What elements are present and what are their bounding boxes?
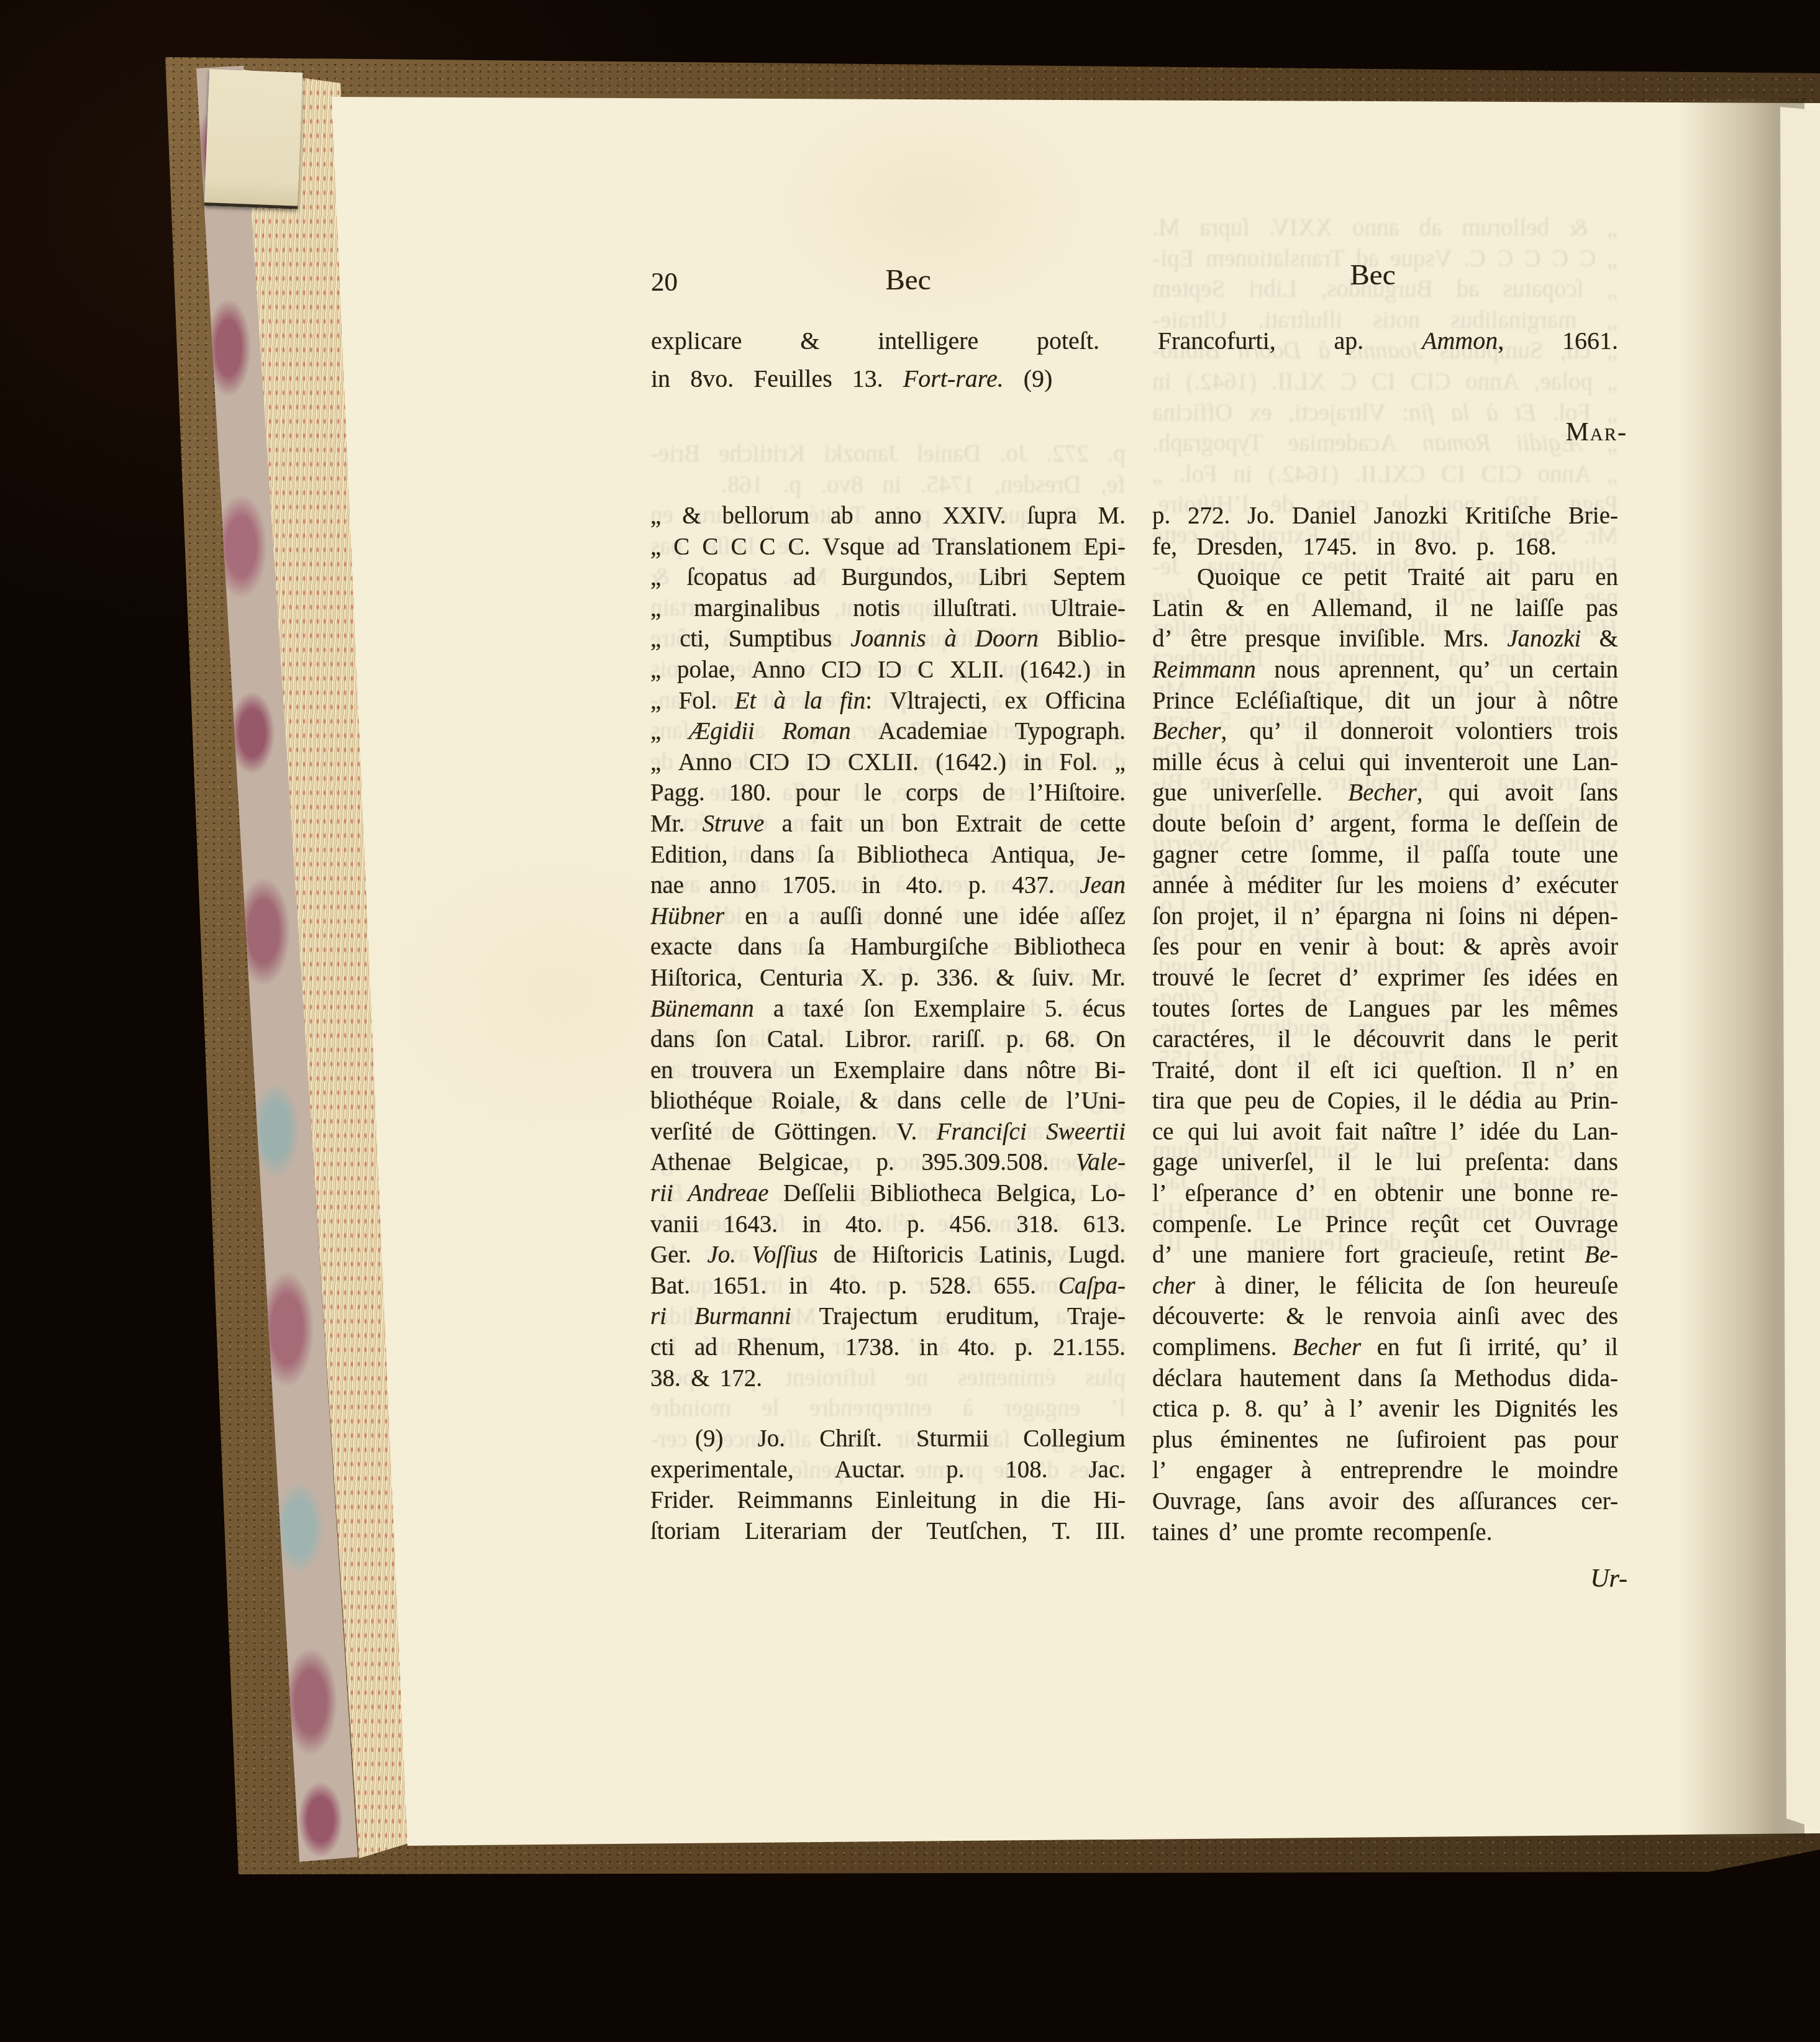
intro-paragraph: explicare&intelligerepoteſt.Francofurti,… [651,322,1618,397]
text-layer: p.272.Jo.DanielJanozkiKritiſcheBrie-fe,D… [0,0,1820,2042]
catchword-bottom: Ur- [1509,1564,1627,1594]
left-column: „&bellorumabannoXXIV.ſupraM.„CCCCC.Vsque… [650,501,1126,1547]
running-head-left: Bec [858,263,958,297]
photo-background: p.272.Jo.DanielJanozkiKritiſcheBrie-fe,D… [0,0,1820,2042]
page-number: 20 [651,267,678,297]
running-head-right: Bec [1323,258,1422,292]
catchword-mid: Mar- [1509,417,1627,447]
right-column: p.272.Jo.DanielJanozkiKritiſcheBrie-fe,D… [1152,501,1618,1548]
